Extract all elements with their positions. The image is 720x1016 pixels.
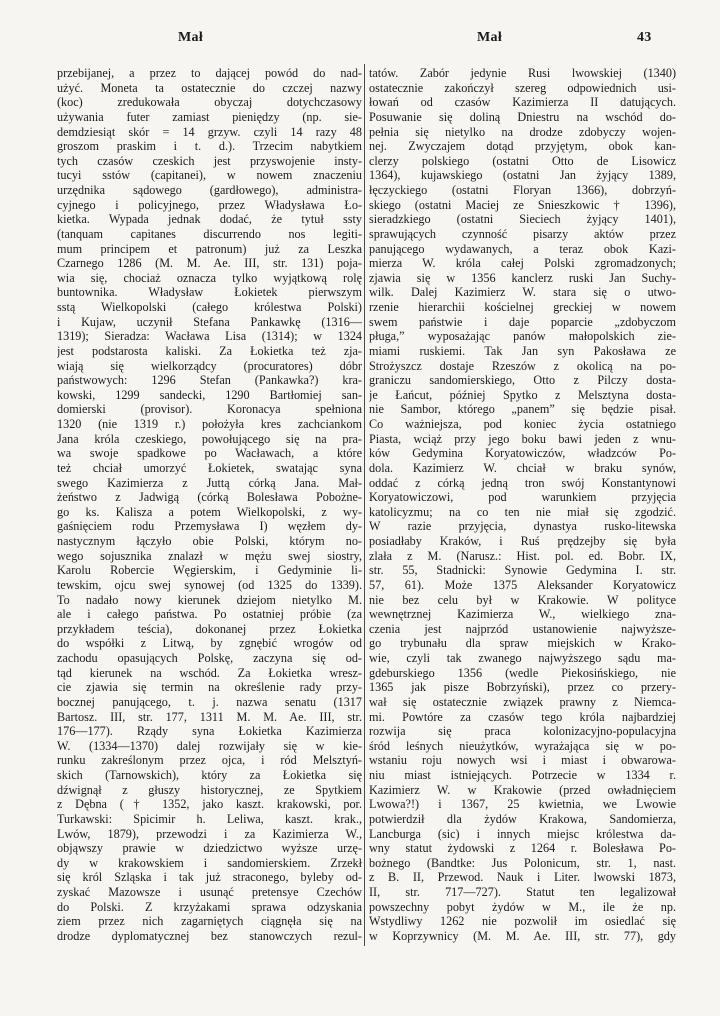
text-line: Karolu Robercie Węgierskim, i Gedyminie … — [57, 563, 362, 578]
text-line: swem państwie i daje poparcie „zdobyczom — [369, 315, 676, 330]
text-line: Jana króla czeskiego, powołującego się n… — [57, 432, 362, 447]
text-line: cyjnego i policyjnego, przez Władysława … — [57, 198, 362, 213]
text-line: 57, 61). Może 1375 Aleksander Koryatowic… — [369, 578, 676, 593]
text-line: w Koprzywnicy (M. M. Ae. III, str. 77), … — [369, 929, 676, 944]
running-head-right-title: Mał — [477, 30, 502, 46]
text-line: rozwija się praca kolonizacyjno-populacy… — [369, 724, 676, 739]
text-line: Co ważniejsza, pod koniec życia ostatnie… — [369, 417, 676, 432]
text-line: zjawia się w 1356 kanclerz ruski Jan Suc… — [369, 271, 676, 286]
text-line: tatów. Zabór jedynie Rusi lwowskiej (134… — [369, 66, 676, 81]
text-line: pługa,” wyposażając panów małopolskich z… — [369, 329, 676, 344]
column-divider-rule — [364, 64, 365, 946]
text-line: przebijanej, a przez to dającej powód do… — [57, 66, 362, 81]
text-line: wilk. Dalej Kazimierz W. stara się o utw… — [369, 285, 676, 300]
text-line: z B. II, Przewod. Nauk i Liter. lwowski … — [369, 870, 676, 885]
text-line: kowski, 1299 sandecki, 1290 Bartłomiej s… — [57, 388, 362, 403]
text-line: używania futer zamiast pieniędzy (np. si… — [57, 110, 362, 125]
text-line: gaśnięciem rodu Przemysława I) węzłem dy… — [57, 519, 362, 534]
text-line: wia się, chociaż oznacza tylko wyjątkową… — [57, 271, 362, 286]
text-line: do Polski. Z krzyżakami sprawa odzyskani… — [57, 900, 362, 915]
text-line: mi. Powtóre za czasów tego króla najbard… — [369, 710, 676, 725]
text-line: Lwowa?!) i 1367, 25 kwietnia, we Lwowie — [369, 797, 676, 812]
text-line: runku zakreślonym przez ojca, i ród Mels… — [57, 753, 362, 768]
text-line: czenia jest najprzód ustanowienie najwyż… — [369, 622, 676, 637]
text-line: 176—177). Rządy syna Łokietka Kazimierza — [57, 724, 362, 739]
text-line: Wstydliwy 1262 nie pozwolił im osiedlać … — [369, 914, 676, 929]
text-line: wiają się wielkorządcy (procuratores) dó… — [57, 359, 362, 374]
text-line: W. (1334—1370) dalej rozwijały się w kie… — [57, 739, 362, 754]
right-text-column: tatów. Zabór jedynie Rusi lwowskiej (134… — [369, 66, 676, 944]
text-line: ziem przez nich zagarniętych ciągnęła si… — [57, 914, 362, 929]
text-line: clerzy polskiego (ostatni Otto de Lisowi… — [369, 154, 676, 169]
text-line: groszom praskim i t. d.). Trzecim nabytk… — [57, 139, 362, 154]
text-line: W razie przyjęcia, dynastya rusko-litews… — [369, 519, 676, 534]
text-line: Lwów, 1879), przewodzi i za Kazimierza W… — [57, 827, 362, 842]
text-line: panującego wydawanych, a teraz obok Kazi… — [369, 242, 676, 257]
text-line: jest podstarosta kaliski. Za Łokietka te… — [57, 344, 362, 359]
text-line: żeństwo z Jadwigą (córką Bolesława Poboż… — [57, 490, 362, 505]
text-line: wewnętrznej Kazimierza W., wielkiego zna… — [369, 607, 676, 622]
text-line: z Dębna († 1352, jako kaszt. krakowski, … — [57, 797, 362, 812]
text-line: Lancburga (sic) i innych miejsc królestw… — [369, 827, 676, 842]
text-line: To nadało nowy kierunek dziejom nietylko… — [57, 593, 362, 608]
text-line: tucyi sstów (capitanei), w nowem znaczen… — [57, 168, 362, 183]
text-line: Czarnego 1286 (M. M. Ae. III, str. 131) … — [57, 256, 362, 271]
text-line: wie, czyli tak zwanego najwyższego sądu … — [369, 651, 676, 666]
text-line: niu miast istniejących. Potrzecie w 1334… — [369, 768, 676, 783]
text-line: sprawujących czynność pisarzy aktów prze… — [369, 227, 676, 242]
text-line: łęczyckiego (ostatni Floryan 1366), dobr… — [369, 183, 676, 198]
text-line: nastycznym łączyło obie Polski, którym n… — [57, 534, 362, 549]
text-line: skiego (ostatni Maciej ze Snieszkowic † … — [369, 198, 676, 213]
text-line: tąd kierunek na wschód. Za Łokietka wres… — [57, 666, 362, 681]
text-line: dola. Kazimierz W. chciał w braku synów, — [369, 461, 676, 476]
text-line: mum principem et patronum) już za Leszka — [57, 242, 362, 257]
text-line: Koryatowiczowi, pod warunkiem przyjęcia — [369, 490, 676, 505]
text-line: nej. Zwyczajem dotąd przyjętym, obok kan… — [369, 139, 676, 154]
text-line: zlała z M. (Narusz.: Hist. pol. ed. Bobr… — [369, 549, 676, 564]
text-line: bożnego (Bandtke: Jus Polonicum, str. 1,… — [369, 856, 676, 871]
text-line: wał się ostatecznie związek prawny z Nie… — [369, 695, 676, 710]
text-line: graniczu sandomierskiego, Otto z Pilczy … — [369, 373, 676, 388]
left-text-column: przebijanej, a przez to dającej powód do… — [57, 66, 362, 944]
text-line: domierski (provisor). Koronacya spełnion… — [57, 402, 362, 417]
text-line: oddać z córką jedną tron swój Konstantyn… — [369, 476, 676, 491]
book-page: Mał Mał 43 przebijanej, a przez to dając… — [0, 0, 720, 1016]
running-head-left-title: Mał — [178, 30, 203, 46]
text-line: swego Kazimierza z Juttą córką Jana. Mał… — [57, 476, 362, 491]
text-line: urzędnika sądowego (gardłowego), adminis… — [57, 183, 362, 198]
text-line: objąwszy prawie w dziedzictwo wyższe urz… — [57, 841, 362, 856]
text-line: drodze dyplomatycznej bez stanowczych re… — [57, 929, 362, 944]
text-line: Turkawski: Spicimir h. Leliwa, kaszt. kr… — [57, 812, 362, 827]
text-line: bocznej panującego, t. j. nazwa senatu (… — [57, 695, 362, 710]
text-line: (tanquam capitanes discurrendo nos legit… — [57, 227, 362, 242]
text-line: wa swoje spadkowe po Wacławach, a które — [57, 446, 362, 461]
text-line: do współki z Litwą, by zgnębić wrogów od — [57, 636, 362, 651]
text-line: Bartosz. III, str. 177, 1311 M. M. Ae. I… — [57, 710, 362, 725]
text-line: nie bez celu był w Krakowie. W polityce — [369, 593, 676, 608]
text-line: Strożyszcz dostaje Rzeszów z okolicą na … — [369, 359, 676, 374]
text-line: Piasta, wciąż przy jego boku bawi jeden … — [369, 432, 676, 447]
text-line: posiadłaby Kraków, i Ruś prędzejby się b… — [369, 534, 676, 549]
text-line: go trybunału dla spraw miejskich w Krako… — [369, 636, 676, 651]
text-line: wstaniu roju nowych wsi i miast i obwaro… — [369, 753, 676, 768]
text-line: Kazimierz W. w Krakowie (przed owładnięc… — [369, 783, 676, 798]
text-line: mierza W. króla całej Polski zgromadzony… — [369, 256, 676, 271]
text-line: nie Sambor, którego „panem” się będzie p… — [369, 402, 676, 417]
text-line: tewskim, ojcu swej synowej (od 1325 do 1… — [57, 578, 362, 593]
text-line: tych czasów czeskich jest przyswojenie i… — [57, 154, 362, 169]
text-line: ków Gedymina Koryatowiczów, władzców Po- — [369, 446, 676, 461]
text-line: zyskać Mazowsze i usunąć pretensye Czech… — [57, 885, 362, 900]
text-line: Posuwanie się doliną Dniestru na wschód … — [369, 110, 676, 125]
text-line: zachodu opasujących Polskę, zaczyna się … — [57, 651, 362, 666]
text-line: miami ruskiemi. Tak Jan syn Pakosława ze — [369, 344, 676, 359]
text-line: 1364), kujawskiego (ostatni Jan żyjący 1… — [369, 168, 676, 183]
text-line: dy w krakowskiem i sandomierskiem. Zrzek… — [57, 856, 362, 871]
text-line: (koc) zredukowała obyczaj dotychczasowy — [57, 95, 362, 110]
text-line: skich (Tarnowskich), który za Łokietka s… — [57, 768, 362, 783]
text-line: katolicyzmu; na co ten nie miał się zgod… — [369, 505, 676, 520]
text-line: pełnia się nietylko na drodze zdobyczy w… — [369, 125, 676, 140]
text-line: powszechny pobyt żydów w M., ile że np. — [369, 900, 676, 915]
text-line: je Łańcut, później Spytko z Melsztyna do… — [369, 388, 676, 403]
text-line: śród leśnych nieużytków, wyrażająca się … — [369, 739, 676, 754]
page-number: 43 — [637, 30, 652, 46]
text-line: sieradzkiego (ostatni Sieciech żyjący 14… — [369, 212, 676, 227]
text-line: przykładem teścia), dokonanej przez Łoki… — [57, 622, 362, 637]
text-line: sstą Wielkopolski (całego królestwa Pols… — [57, 300, 362, 315]
text-line: II, str. 717—727). Statut ten legalizowa… — [369, 885, 676, 900]
text-line: łowań od czasów Kazimierza II datujących… — [369, 95, 676, 110]
text-line: buntownika. Władysław Łokietek pierwszym — [57, 285, 362, 300]
text-line: też chciał umorzyć Łokietek, swatając sy… — [57, 461, 362, 476]
text-line: wego sojusznika znalazł w mężu swej sios… — [57, 549, 362, 564]
text-line: dźwignął z głuszy historycznej, ze Spytk… — [57, 783, 362, 798]
running-head: Mał Mał 43 — [0, 30, 720, 50]
text-line: i Kujaw, uczynił Stefana Pankawkę (1316— — [57, 315, 362, 330]
text-line: użyć. Moneta ta ostatecznie do czczej na… — [57, 81, 362, 96]
text-line: 1365 jak pisze Bobrzyński), przez co prz… — [369, 680, 676, 695]
text-line: gdeburskiego 1356 (wedle Piekosińskiego,… — [369, 666, 676, 681]
text-line: ale i całego państwa. Po ostatniej próbi… — [57, 607, 362, 622]
text-line: się król Szląska i tak już straconego, b… — [57, 870, 362, 885]
text-line: cie zjawia się termin na określenie rady… — [57, 680, 362, 695]
text-line: go ks. Kalisza a potem Wielkopolski, z w… — [57, 505, 362, 520]
text-line: państwowych: 1296 Stefan (Pankawka?) kra… — [57, 373, 362, 388]
text-line: kietka. Wypada jednak dodać, że tytuł ss… — [57, 212, 362, 227]
text-line: potwierdził dla żydów Krakowa, Sandomier… — [369, 812, 676, 827]
text-line: str. 55, Stadnicki: Synowie Gedymina I. … — [369, 563, 676, 578]
text-line: 1320 (nie 1319 r.) położyła kres zachcia… — [57, 417, 362, 432]
text-line: demdziesiąt skór = 14 grzyw. czyli 14 ra… — [57, 125, 362, 140]
text-line: wny statut żydowski z 1264 r. Bolesława … — [369, 841, 676, 856]
text-line: 1319); Sieradza: Wacława Lisa (1314); w … — [57, 329, 362, 344]
text-line: rzenie hierarchii kościelnej greckiej w … — [369, 300, 676, 315]
text-line: ostatecznie zakończył szereg odpowiednic… — [369, 81, 676, 96]
